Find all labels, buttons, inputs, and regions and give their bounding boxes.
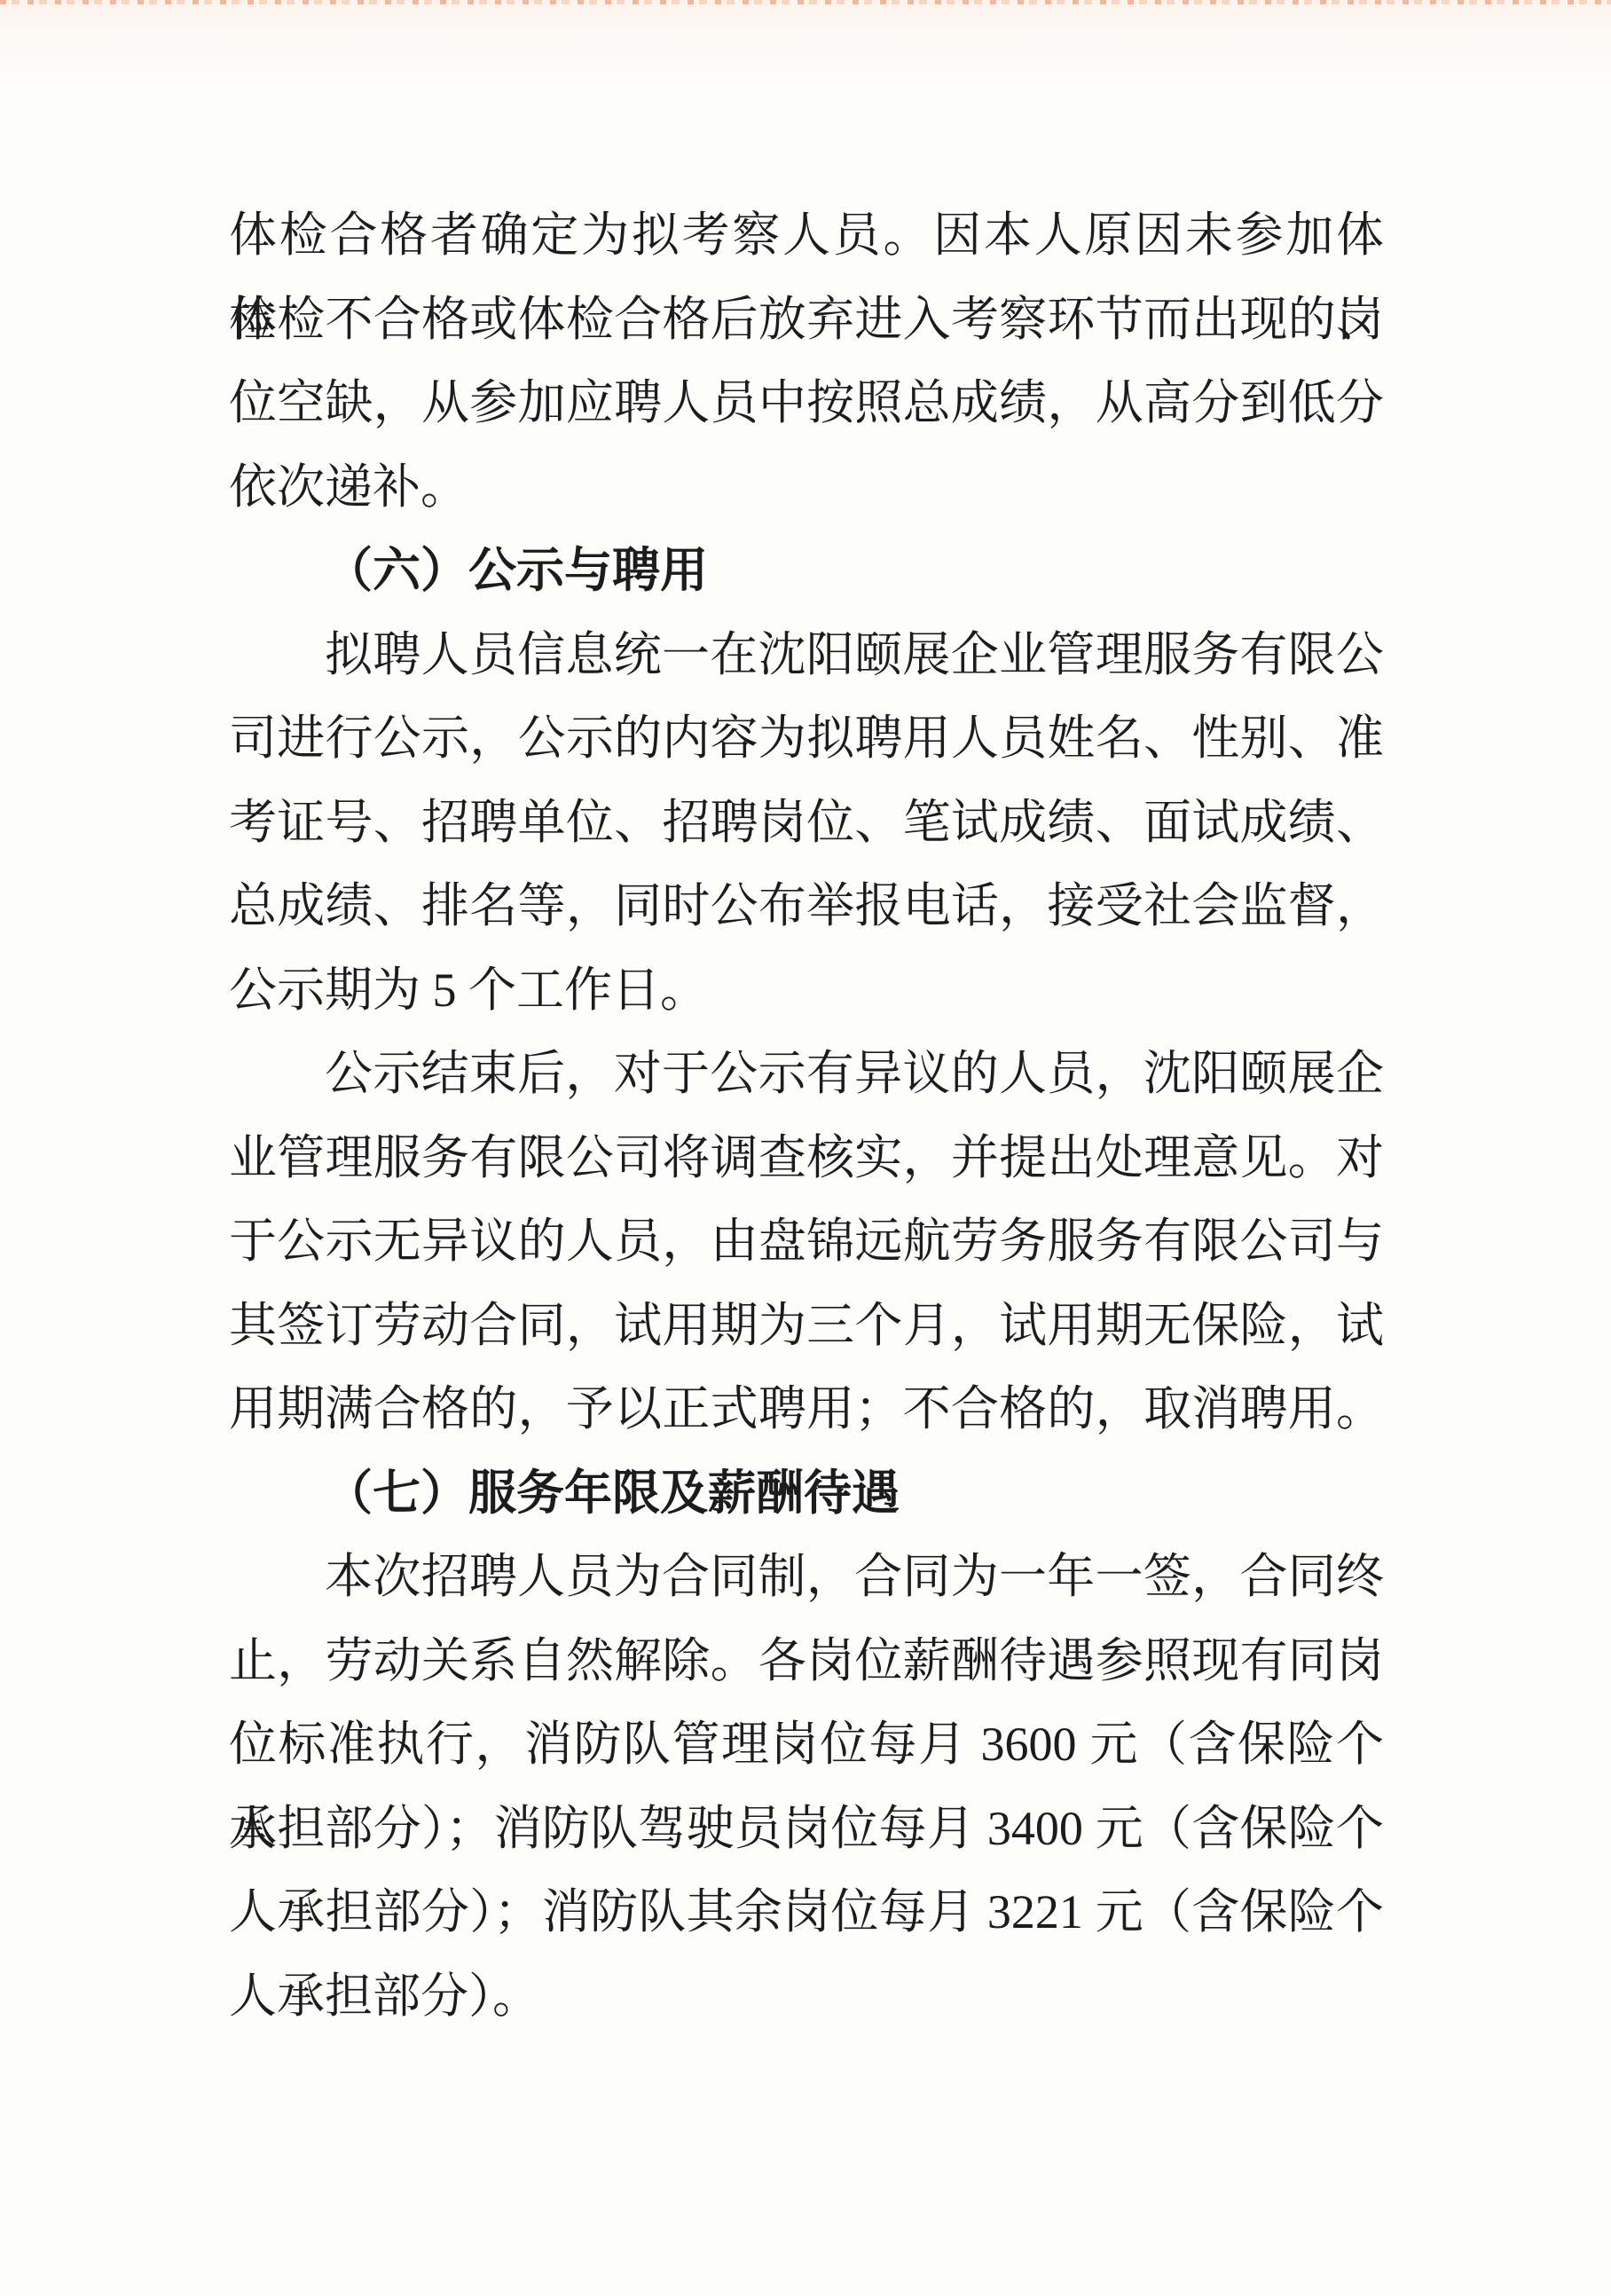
text-line: 其签订劳动合同，试用期为三个月，试用期无保险，试	[229, 1284, 1384, 1368]
text-line: 公示期为 5 个工作日。	[229, 948, 1384, 1033]
text-line: 体检合格者确定为拟考察人员。因本人原因未参加体检、	[229, 193, 1384, 278]
text-line: 总成绩、排名等，同时公布举报电话，接受社会监督，	[229, 864, 1384, 948]
section-heading-6: （六）公示与聘用	[229, 529, 1384, 613]
document-page: 体检合格者确定为拟考察人员。因本人原因未参加体检、 体检不合格或体检合格后放弃进…	[0, 0, 1611, 2296]
text-line: 考证号、招聘单位、招聘岗位、笔试成绩、面试成绩、	[229, 781, 1384, 865]
scan-top-edge-artifact	[0, 0, 1611, 4]
section-heading-7: （七）服务年限及薪酬待遇	[229, 1451, 1384, 1536]
text-line: 位标准执行，消防队管理岗位每月 3600 元（含保险个人	[229, 1702, 1384, 1787]
text-line: 体检不合格或体检合格后放弃进入考察环节而出现的岗	[229, 278, 1384, 362]
text-line: 依次递补。	[229, 445, 1384, 530]
text-line: 止，劳动关系自然解除。各岗位薪酬待遇参照现有同岗	[229, 1619, 1384, 1703]
text-line: 业管理服务有限公司将调查核实，并提出处理意见。对	[229, 1116, 1384, 1200]
text-line: 用期满合格的，予以正式聘用；不合格的，取消聘用。	[229, 1367, 1384, 1451]
text-line: 位空缺，从参加应聘人员中按照总成绩，从高分到低分	[229, 361, 1384, 445]
scan-top-haze-artifact	[0, 0, 1611, 98]
text-line: 公示结束后，对于公示有异议的人员，沈阳颐展企	[229, 1032, 1384, 1116]
text-line: 人承担部分）。	[229, 1954, 1384, 2039]
text-block: 体检合格者确定为拟考察人员。因本人原因未参加体检、 体检不合格或体检合格后放弃进…	[229, 193, 1384, 2038]
text-line: 人承担部分）；消防队其余岗位每月 3221 元（含保险个	[229, 1870, 1384, 1954]
text-line: 拟聘人员信息统一在沈阳颐展企业管理服务有限公	[229, 613, 1384, 697]
text-line: 司进行公示，公示的内容为拟聘用人员姓名、性别、准	[229, 696, 1384, 781]
text-line: 承担部分）；消防队驾驶员岗位每月 3400 元（含保险个	[229, 1787, 1384, 1871]
text-line: 于公示无异议的人员，由盘锦远航劳务服务有限公司与	[229, 1199, 1384, 1284]
text-line: 本次招聘人员为合同制，合同为一年一签，合同终	[229, 1535, 1384, 1619]
